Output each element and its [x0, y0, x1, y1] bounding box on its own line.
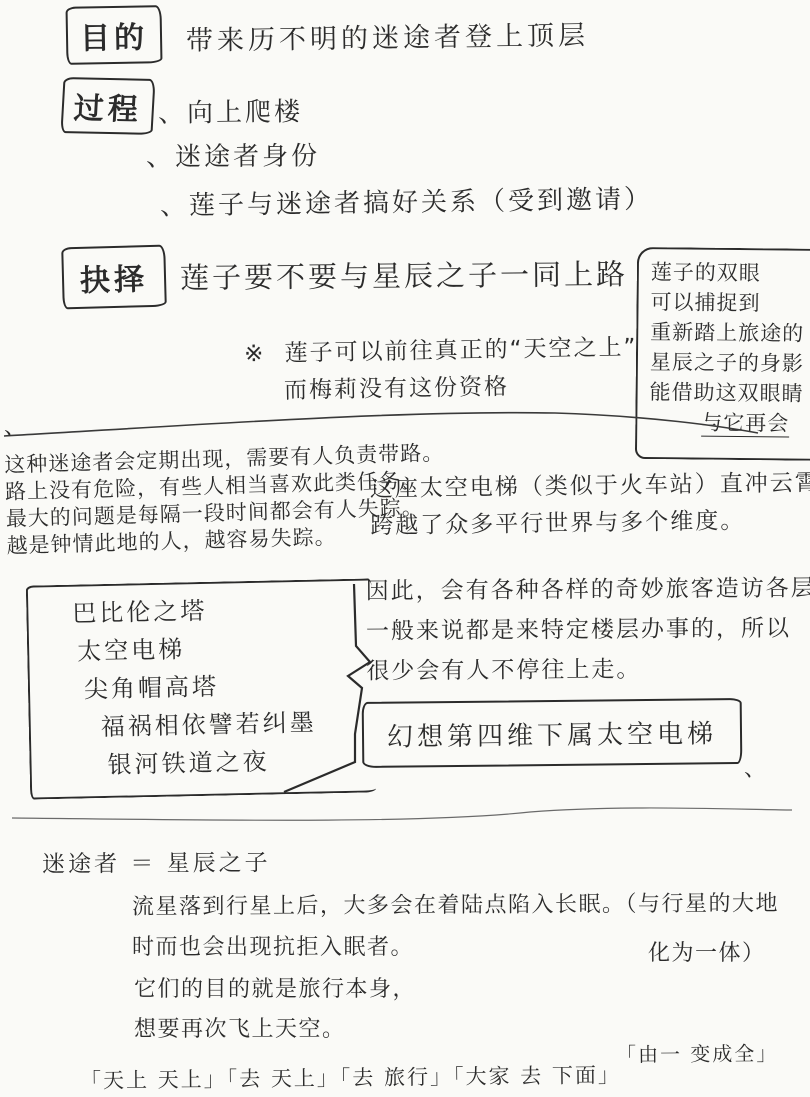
meteor-line4: 想要再次飞上天空。 [134, 1012, 346, 1043]
paragraph-line: 一般来说都是来特定楼层办事的，所以 [366, 608, 810, 651]
bubble-line: 可以捕捉到 [650, 287, 810, 319]
meteor-line1: 流星落到行星上后，大多会在着陆点陷入长眠。（与行星的大地 [132, 886, 779, 920]
process-item: 、向上爬楼 [158, 91, 303, 130]
purpose-label-box: 目的 [66, 5, 163, 65]
tower-list-item: 太空电梯 [77, 626, 374, 670]
process-label-box: 过程 [60, 77, 155, 135]
stray-tick-mark: 、 [744, 752, 766, 783]
tower-list-box: 巴比伦之塔 太空电梯 尖角帽高塔 福祸相依譬若纠墨 银河铁道之夜 [26, 578, 376, 799]
separator-faint-line [0, 800, 810, 826]
meteor-line2-right: 化为一体） [648, 936, 766, 967]
choice-label: 抉择 [79, 254, 148, 300]
purpose-text: 带来历不明的迷途者登上顶层 [186, 13, 590, 58]
elevator-paragraph: 这座太空电梯（类似于火车站）直冲云霄， 跨越了众多平行世界与多个维度。 [370, 465, 810, 546]
meteor-line2: 时而也会出现抗拒入眠者。 [132, 930, 414, 961]
tower-list-item: 福祸相依譬若纠墨 [100, 702, 375, 746]
handwritten-note-page: 目的 带来历不明的迷途者登上顶层 过程 、向上爬楼 、迷途者身份 、莲子与迷途者… [0, 0, 810, 1097]
choice-label-box: 抉择 [61, 245, 167, 310]
meteor-line3: 它们的目的就是旅行本身， [134, 972, 416, 1003]
bottom-quote-right: 「由一 变成全」 [616, 1037, 779, 1067]
identity-equation: 迷途者 ＝ 星辰之子 [42, 844, 271, 879]
paragraph-line: 很少会有人不停往上走。 [366, 648, 810, 691]
paragraph-line: 因此，会有各种各样的奇妙旅客造访各层 [366, 568, 810, 611]
choice-footnote-line1: ※ 莲子可以前往真正的“天空之上” [244, 329, 638, 369]
bubble-line: 重新踏上旅途的 [650, 317, 810, 349]
stray-tick-mark: 、 [4, 410, 26, 441]
choice-footnote-line2: 而梅莉没有这份资格 [284, 368, 510, 405]
bubble-line: 莲子的双眼 [651, 257, 810, 289]
choice-question: 莲子要不要与星辰之子一同上路 [180, 252, 628, 297]
tower-list-item: 银河铁道之夜 [107, 740, 376, 784]
process-item: 、迷途者身份 [146, 135, 320, 173]
process-item: 、莲子与迷途者搞好关系（受到邀请） [160, 179, 653, 223]
separator-wavy-line [0, 402, 810, 446]
boxed-title: 幻想第四维下属太空电梯 [362, 698, 743, 768]
boxed-title-text: 幻想第四维下属太空电梯 [387, 713, 717, 753]
footnote-marker: ※ [244, 341, 266, 367]
paragraph-line: 跨越了众多平行世界与多个维度。 [370, 502, 810, 546]
bottom-quote-main: 「天上 天上」「去 天上」「去 旅行」「大家 去 下面」 [80, 1059, 621, 1095]
purpose-label: 目的 [80, 12, 149, 57]
footnote-text: 莲子可以前往真正的“天空之上” [284, 335, 637, 367]
tower-list-item: 尖角帽高塔 [84, 664, 375, 708]
tower-list-item: 巴比伦之塔 [72, 588, 373, 632]
bubble-line: 星辰之子的身影 [650, 347, 810, 379]
visitors-paragraph: 因此，会有各种各样的奇妙旅客造访各层 一般来说都是来特定楼层办事的，所以 很少会… [366, 568, 810, 691]
paragraph-line: 这座太空电梯（类似于火车站）直冲云霄， [370, 465, 810, 509]
process-label: 过程 [73, 83, 143, 128]
